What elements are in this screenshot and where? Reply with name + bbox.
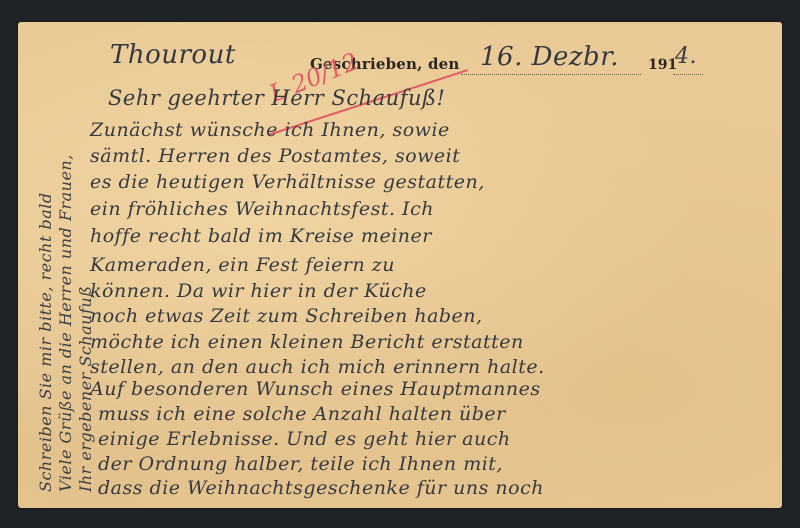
year-dotted-line: [673, 74, 703, 75]
margin-line: Ihr ergebener Schaufuß: [76, 286, 95, 492]
body-line: ein fröhliches Weihnachtsfest. Ich: [90, 198, 434, 220]
body-line: hoffe recht bald im Kreise meiner: [90, 225, 432, 247]
body-line: Auf besonderen Wunsch eines Hauptmannes: [90, 378, 541, 400]
salutation-line: Sehr geehrter Herr Schaufuß!: [108, 86, 445, 110]
handwritten-date: 16. Dezbr.: [480, 42, 619, 72]
body-line: möchte ich einen kleinen Bericht erstatt…: [90, 331, 524, 353]
date-dotted-line: [461, 74, 641, 75]
body-line: können. Da wir hier in der Küche: [90, 280, 427, 302]
body-line: muss ich eine solche Anzahl halten über: [98, 403, 506, 425]
body-line: Zunächst wünsche ich Ihnen, sowie: [90, 119, 450, 141]
body-line: noch etwas Zeit zum Schreiben haben,: [90, 305, 483, 327]
postcard: Thourout Geschrieben, den 16. Dezbr. 191…: [18, 22, 782, 508]
handwritten-year-suffix: 4.: [675, 44, 697, 69]
margin-line: Viele Grüße an die Herren und Frauen,: [56, 154, 75, 492]
body-line: es die heutigen Verhältnisse gestatten,: [90, 171, 485, 193]
printed-year-prefix: 191: [648, 57, 677, 73]
body-line: sämtl. Herren des Postamtes, soweit: [90, 145, 460, 167]
body-line: Kameraden, ein Fest feiern zu: [90, 254, 395, 276]
margin-line: Schreiben Sie mir bitte, recht bald: [36, 192, 55, 492]
place-name: Thourout: [110, 40, 236, 70]
body-line: der Ordnung halber, teile ich Ihnen mit,: [98, 453, 503, 475]
body-line: stellen, an den auch ich mich erinnern h…: [90, 356, 545, 378]
body-line: dass die Weihnachtsgeschenke für uns noc…: [98, 477, 544, 499]
body-line: einige Erlebnisse. Und es geht hier auch: [98, 428, 511, 450]
